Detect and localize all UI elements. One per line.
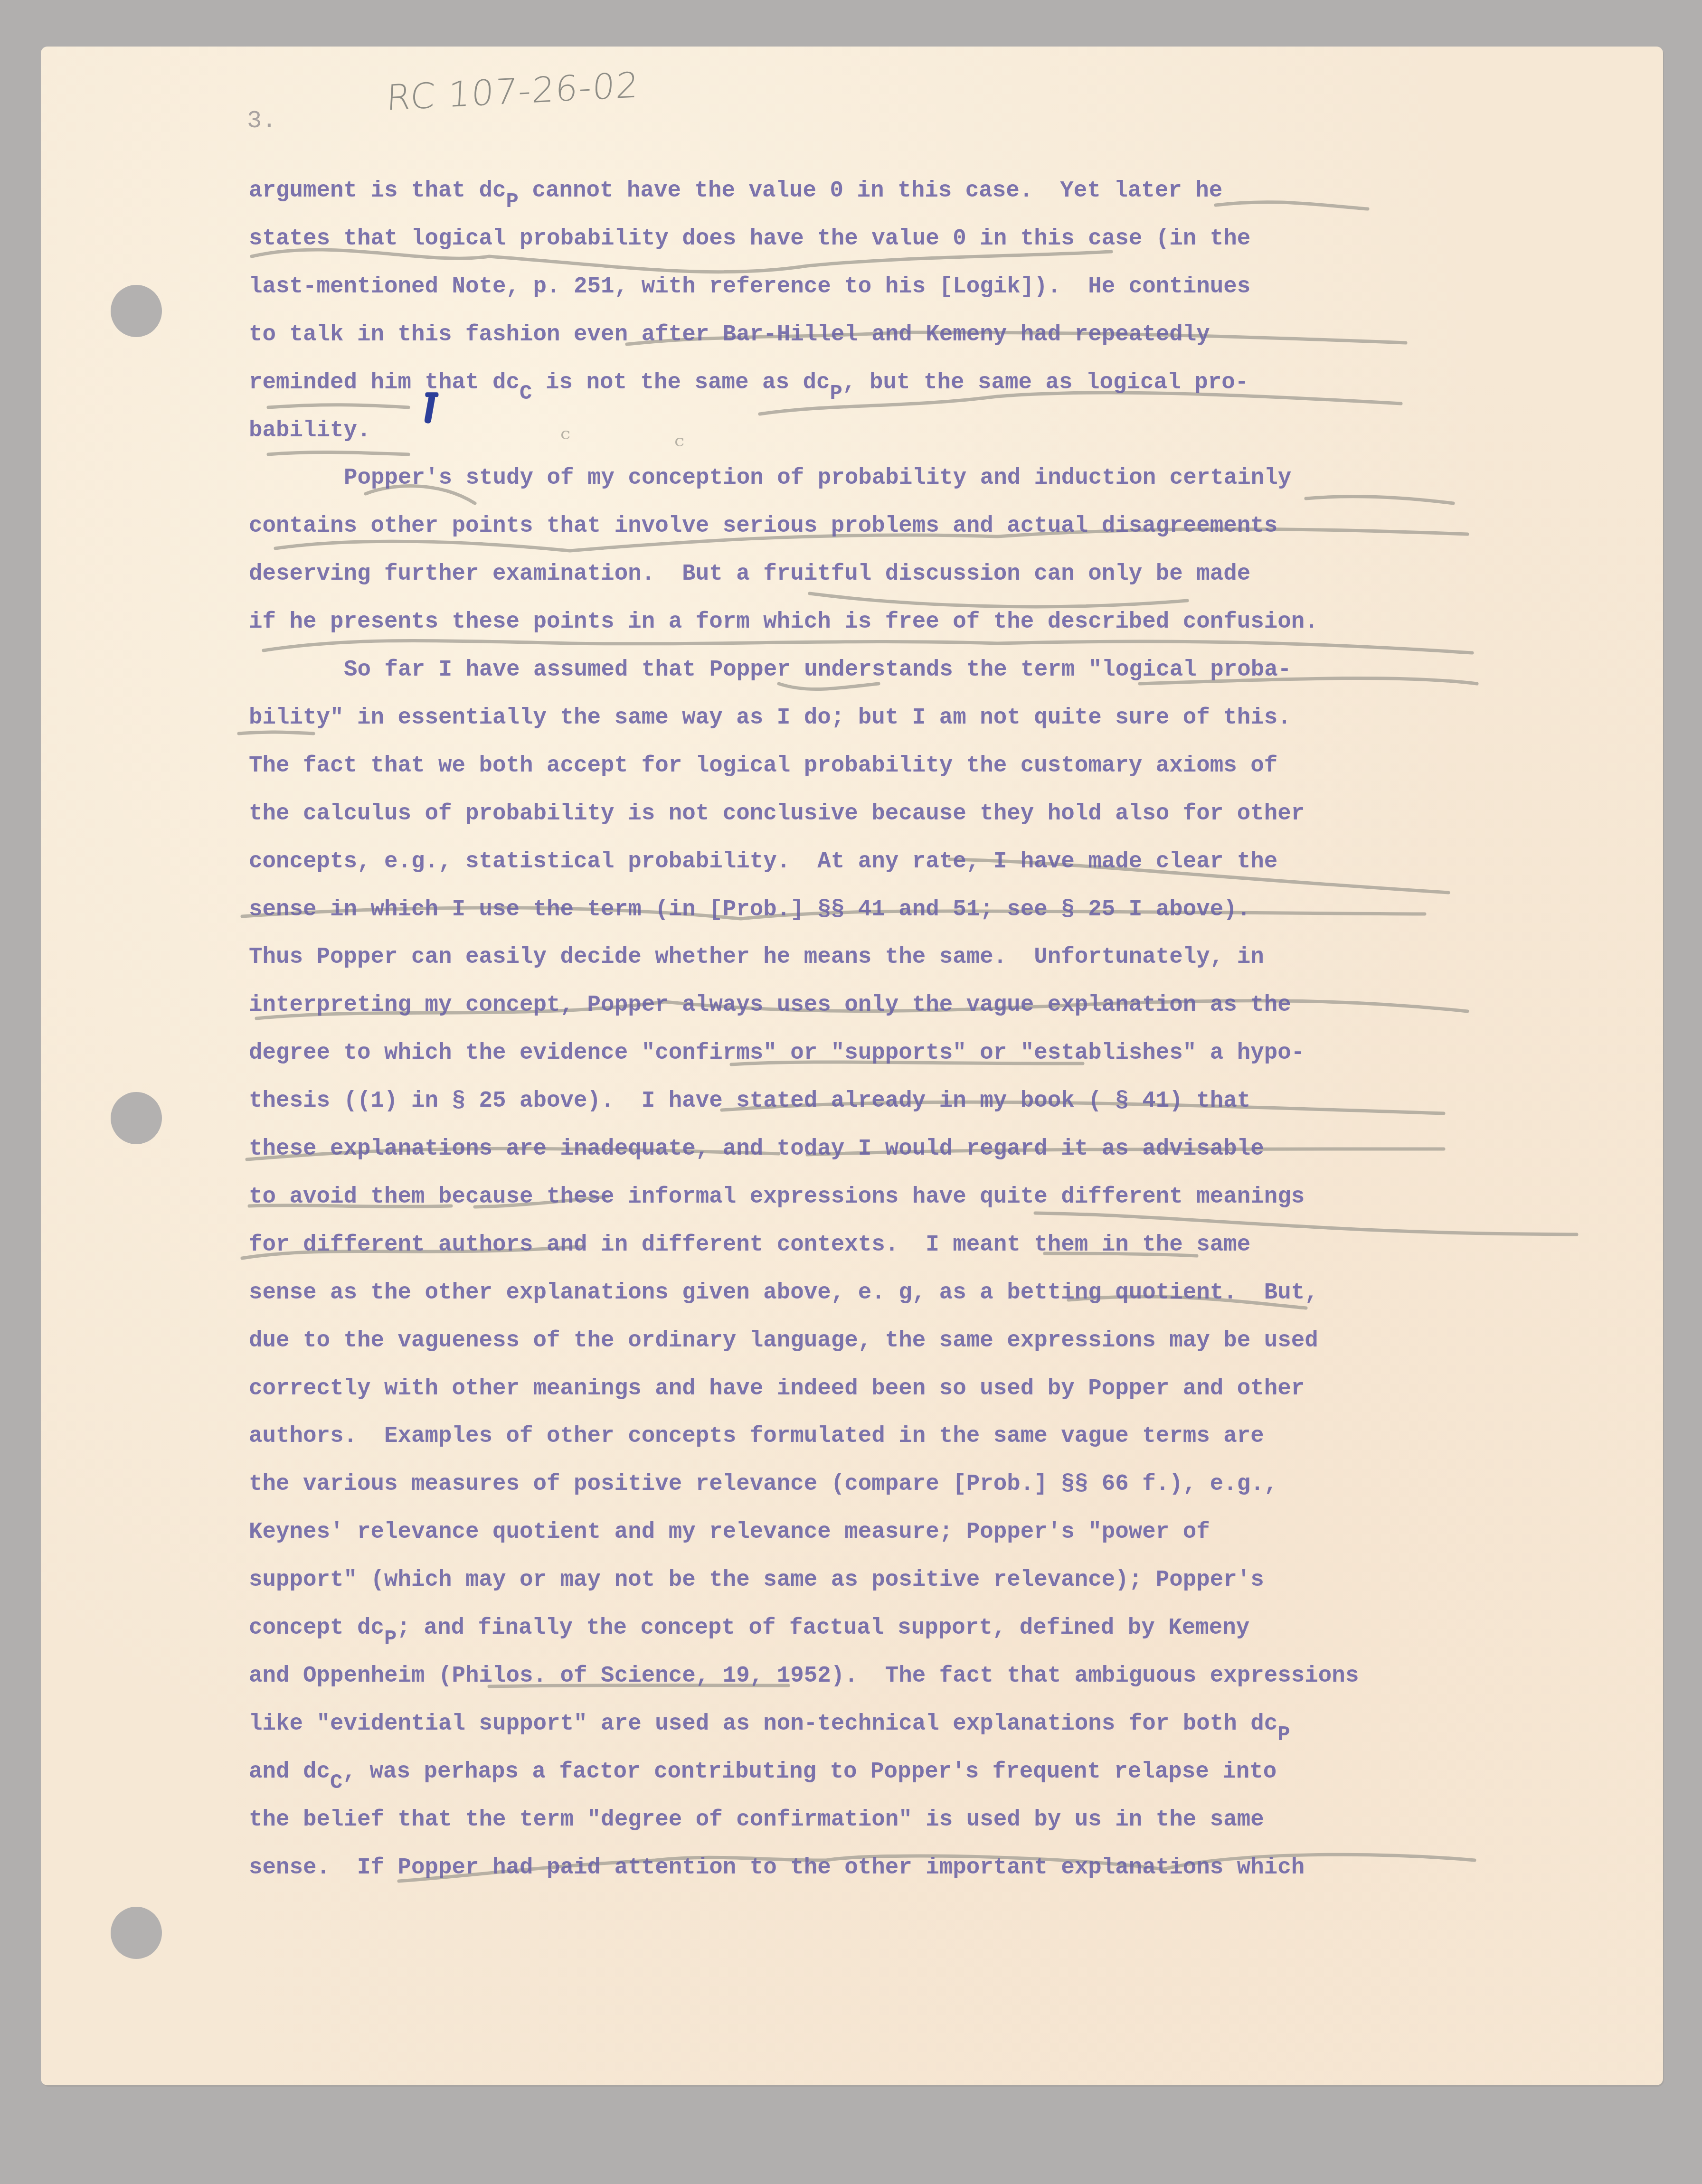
text-line: contains other points that involve serio… xyxy=(249,512,1277,540)
text-line: interpreting my concept, Popper always u… xyxy=(249,991,1291,1019)
subscript: C xyxy=(330,1771,342,1795)
text-line: bability. xyxy=(249,416,371,445)
text-segment: interpreting my concept, Popper always u… xyxy=(249,992,1291,1018)
text-segment: So far I have assumed that Popper unders… xyxy=(344,657,1291,683)
text-segment: bility" in essentially the same way as I… xyxy=(249,705,1291,731)
text-segment: to avoid them because these informal exp… xyxy=(249,1184,1305,1210)
text-segment: authors. Examples of other concepts form… xyxy=(249,1423,1264,1449)
text-segment: , was perhaps a factor contributing to P… xyxy=(342,1759,1276,1785)
subscript: C xyxy=(520,382,532,405)
text-segment: degree to which the evidence "confirms" … xyxy=(249,1040,1305,1066)
text-segment: The fact that we both accept for logical… xyxy=(249,753,1277,779)
text-segment: sense in which I use the term (in [Prob.… xyxy=(249,897,1250,923)
text-segment: like "evidential support" are used as no… xyxy=(249,1711,1277,1737)
text-line: the calculus of probability is not concl… xyxy=(249,800,1305,828)
text-line: bility" in essentially the same way as I… xyxy=(249,704,1291,732)
text-segment: argument is that dc xyxy=(249,178,506,204)
text-line: to talk in this fashion even after Bar-H… xyxy=(249,320,1210,349)
text-line: authors. Examples of other concepts form… xyxy=(249,1422,1264,1450)
subscript: P xyxy=(1277,1723,1290,1747)
text-line: sense. If Popper had paid attention to t… xyxy=(249,1854,1305,1882)
text-line: states that logical probability does hav… xyxy=(249,225,1250,253)
text-segment: sense as the other explanations given ab… xyxy=(249,1280,1318,1306)
text-segment: sense. If Popper had paid attention to t… xyxy=(249,1855,1305,1881)
text-line: sense as the other explanations given ab… xyxy=(249,1279,1318,1307)
text-segment: and Oppenheim (Philos. of Science, 19, 1… xyxy=(249,1663,1359,1689)
text-segment: bability. xyxy=(249,418,371,443)
text-segment: concepts, e.g., statistical probability.… xyxy=(249,849,1277,875)
text-segment: the calculus of probability is not concl… xyxy=(249,801,1305,827)
text-segment: if he presents these points in a form wh… xyxy=(249,609,1318,635)
text-line: the belief that the term "degree of conf… xyxy=(249,1806,1264,1834)
text-segment: these explanations are inadequate, and t… xyxy=(249,1136,1264,1162)
text-segment: thesis ((1) in § 25 above). I have state… xyxy=(249,1088,1250,1114)
text-segment: is not the same as dc xyxy=(532,370,830,395)
text-segment: Thus Popper can easily decide whether he… xyxy=(249,944,1264,970)
text-line: thesis ((1) in § 25 above). I have state… xyxy=(249,1087,1250,1115)
text-line: Keynes' relevance quotient and my releva… xyxy=(249,1518,1210,1546)
text-segment: ; and finally the concept of factual sup… xyxy=(397,1615,1249,1641)
text-line: Popper's study of my conception of proba… xyxy=(344,464,1291,492)
text-segment: concept dc xyxy=(249,1615,384,1641)
text-segment: cannot have the value 0 in this case. Ye… xyxy=(519,178,1222,204)
text-line: like "evidential support" are used as no… xyxy=(249,1710,1290,1738)
text-line: concept dcP; and finally the concept of … xyxy=(249,1614,1249,1642)
text-line: degree to which the evidence "confirms" … xyxy=(249,1039,1305,1067)
text-line: The fact that we both accept for logical… xyxy=(249,752,1277,780)
text-line: for different authors and in different c… xyxy=(249,1231,1250,1259)
text-line: So far I have assumed that Popper unders… xyxy=(344,656,1291,684)
text-line: Thus Popper can easily decide whether he… xyxy=(249,943,1264,971)
text-line: correctly with other meanings and have i… xyxy=(249,1374,1305,1403)
text-line: and dcC, was perhaps a factor contributi… xyxy=(249,1758,1276,1786)
text-segment: due to the vagueness of the ordinary lan… xyxy=(249,1328,1318,1354)
text-segment: , but the same as logical pro- xyxy=(842,370,1248,395)
text-line: to avoid them because these informal exp… xyxy=(249,1183,1305,1211)
text-line: last-mentioned Note, p. 251, with refere… xyxy=(249,273,1250,301)
text-line: and Oppenheim (Philos. of Science, 19, 1… xyxy=(249,1662,1359,1690)
text-line: concepts, e.g., statistical probability.… xyxy=(249,847,1277,876)
text-segment: for different authors and in different c… xyxy=(249,1232,1250,1258)
text-segment: last-mentioned Note, p. 251, with refere… xyxy=(249,274,1250,300)
text-segment: and dc xyxy=(249,1759,330,1785)
text-line: if he presents these points in a form wh… xyxy=(249,608,1318,636)
text-segment: the belief that the term "degree of conf… xyxy=(249,1807,1264,1833)
typewritten-body: argument is that dcP cannot have the val… xyxy=(0,0,1702,2184)
text-segment: reminded him that dc xyxy=(249,370,520,395)
text-line: deserving further examination. But a fru… xyxy=(249,560,1250,588)
text-line: argument is that dcP cannot have the val… xyxy=(249,177,1222,205)
subscript: P xyxy=(384,1627,397,1651)
text-segment: contains other points that involve serio… xyxy=(249,513,1277,539)
text-segment: to talk in this fashion even after Bar-H… xyxy=(249,322,1210,348)
text-segment: support" (which may or may not be the sa… xyxy=(249,1567,1264,1593)
subscript: P xyxy=(830,382,842,405)
text-segment: the various measures of positive relevan… xyxy=(249,1471,1277,1497)
text-line: the various measures of positive relevan… xyxy=(249,1470,1277,1498)
text-line: due to the vagueness of the ordinary lan… xyxy=(249,1327,1318,1355)
text-segment: correctly with other meanings and have i… xyxy=(249,1376,1305,1402)
text-segment: states that logical probability does hav… xyxy=(249,226,1250,252)
text-line: these explanations are inadequate, and t… xyxy=(249,1135,1264,1163)
text-line: sense in which I use the term (in [Prob.… xyxy=(249,895,1250,924)
text-line: support" (which may or may not be the sa… xyxy=(249,1566,1264,1594)
text-line: reminded him that dcC is not the same as… xyxy=(249,368,1248,397)
text-segment: deserving further examination. But a fru… xyxy=(249,561,1250,587)
subscript: P xyxy=(506,190,519,214)
text-segment: Popper's study of my conception of proba… xyxy=(344,465,1291,491)
text-segment: Keynes' relevance quotient and my releva… xyxy=(249,1519,1210,1545)
